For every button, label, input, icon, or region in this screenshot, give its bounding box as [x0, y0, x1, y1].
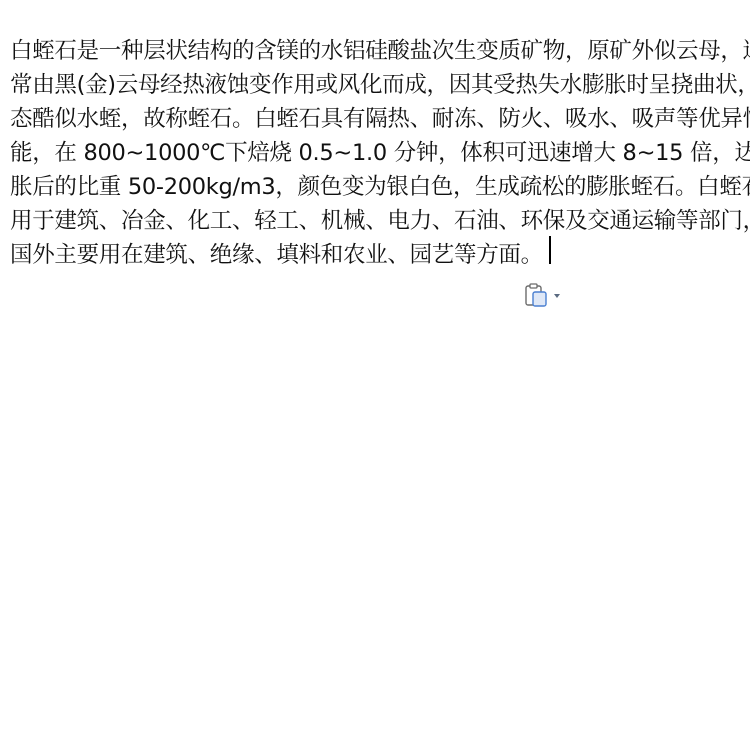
line-text: 态酷似水蛭，故称蛭石。白蛭石具有隔热、耐冻、防火、吸水、吸声等优异性: [10, 102, 750, 136]
paragraph-line-7: 国外主要用在建筑、绝缘、填料和农业、园艺等方面。: [10, 238, 746, 272]
document-body[interactable]: 白蛭石是一种层状结构的含镁的水铝硅酸盐次生变质矿物，原矿外似云母，通 常由黑(金…: [10, 34, 746, 272]
paragraph-line-1: 白蛭石是一种层状结构的含镁的水铝硅酸盐次生变质矿物，原矿外似云母，通: [10, 34, 746, 68]
line-text: 能，在 800~1000℃下焙烧 0.5~1.0 分钟，体积可迅速增大 8~15…: [10, 136, 750, 170]
paste-options-button[interactable]: [524, 281, 566, 309]
clipboard-paste-icon: [524, 282, 550, 308]
paragraph-line-3: 态酷似水蛭，故称蛭石。白蛭石具有隔热、耐冻、防火、吸水、吸声等优异性: [10, 102, 746, 136]
line-text: 白蛭石是一种层状结构的含镁的水铝硅酸盐次生变质矿物，原矿外似云母，通: [10, 34, 750, 68]
paragraph-line-2: 常由黑(金)云母经热液蚀变作用或风化而成，因其受热失水膨胀时呈挠曲状，形: [10, 68, 746, 102]
line-text: 常由黑(金)云母经热液蚀变作用或风化而成，因其受热失水膨胀时呈挠曲状，形: [10, 68, 750, 102]
paragraph-line-4: 能，在 800~1000℃下焙烧 0.5~1.0 分钟，体积可迅速增大 8~15…: [10, 136, 746, 170]
document-page[interactable]: 白蛭石是一种层状结构的含镁的水铝硅酸盐次生变质矿物，原矿外似云母，通 常由黑(金…: [0, 0, 750, 750]
line-text: 胀后的比重 50-200kg/m3，颜色变为银白色，生成疏松的膨胀蛭石。白蛭石广…: [10, 170, 750, 204]
chevron-down-icon[interactable]: [554, 294, 560, 298]
line-text: 国外主要用在建筑、绝缘、填料和农业、园艺等方面。: [10, 238, 543, 272]
line-text: 用于建筑、冶金、化工、轻工、机械、电力、石油、环保及交通运输等部门，: [10, 204, 750, 238]
paragraph-line-5: 胀后的比重 50-200kg/m3，颜色变为银白色，生成疏松的膨胀蛭石。白蛭石广…: [10, 170, 746, 204]
paragraph-line-6: 用于建筑、冶金、化工、轻工、机械、电力、石油、环保及交通运输等部门，: [10, 204, 746, 238]
text-cursor: [549, 236, 551, 264]
